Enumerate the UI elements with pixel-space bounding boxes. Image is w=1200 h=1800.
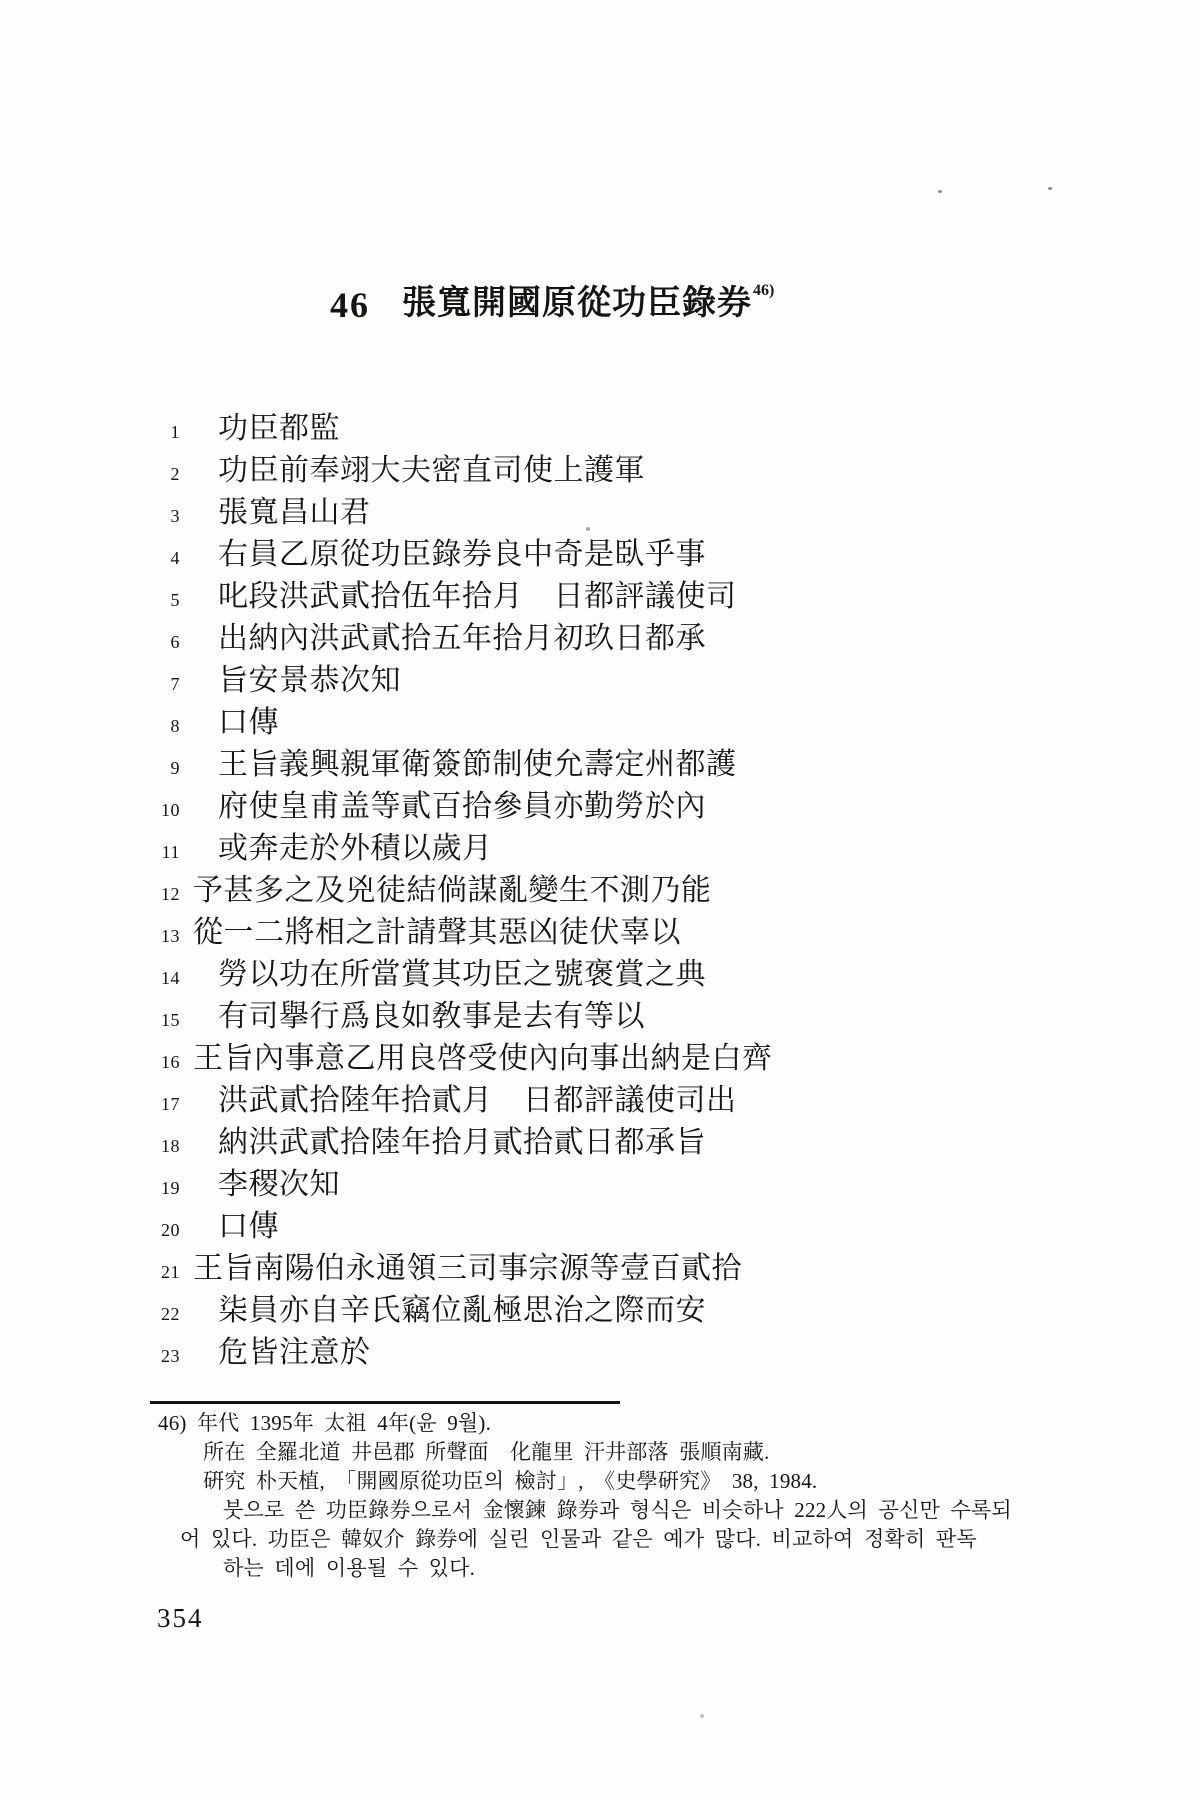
footnote-line: 하는 데에 이용될 수 있다. [150, 1554, 1090, 1583]
scan-speck [586, 527, 590, 531]
title-text: 張寬開國原從功臣錄券 [402, 285, 752, 322]
footnote-line: 어 있다. 功臣은 韓奴介 錄券에 실린 인물과 같은 예가 많다. 비교하여 … [150, 1525, 1090, 1554]
page-title: 46張寬開國原從功臣錄券46) [330, 287, 774, 323]
transcription-line: 22柒員亦自辛氏竊位亂極思治之際而安 [150, 1290, 1110, 1332]
line-number: 18 [150, 1136, 180, 1157]
transcription-line: 10府使皇甫盖等貳百拾參員亦勤勞於內 [150, 786, 1110, 828]
footnote-line: 붓으로 쓴 功臣錄券으로서 金懷鍊 錄券과 형식은 비슷하나 222人의 공신만… [150, 1496, 1090, 1525]
line-text: 從一二將相之計請聲其惡凶徒伏辜以 [193, 912, 681, 954]
transcription-line: 15有司擧行爲良如敎事是去有等以 [150, 996, 1110, 1038]
scan-speck [700, 1714, 704, 1718]
transcription-line: 18納洪武貳拾陸年拾月貳拾貳日都承旨 [150, 1122, 1110, 1164]
line-number: 1 [150, 422, 180, 443]
line-text: 柒員亦自辛氏竊位亂極思治之際而安 [218, 1290, 706, 1332]
entry-number: 46 [330, 287, 370, 323]
line-number: 6 [150, 632, 180, 653]
transcription-line: 17洪武貳拾陸年拾貳月 日都評議使司出 [150, 1080, 1110, 1122]
line-text: 或奔走於外積以歲月 [218, 828, 493, 870]
transcription-line: 5叱段洪武貳拾伍年拾月 日都評議使司 [150, 576, 1110, 618]
transcription-line: 7旨安景恭次知 [150, 660, 1110, 702]
transcription-lines: 1功臣都監2功臣前奉翊大夫密直司使上護軍3張寬昌山君4右員乙原從功臣錄券良中奇是… [150, 408, 1110, 1374]
line-text: 口傳 [218, 1206, 279, 1248]
transcription-line: 3張寬昌山君 [150, 492, 1110, 534]
line-number: 12 [150, 884, 180, 905]
transcription-line: 21王旨南陽伯永通領三司事宗源等壹百貳拾 [150, 1248, 1110, 1290]
transcription-line: 19李稷次知 [150, 1164, 1110, 1206]
transcription-line: 12予甚多之及兇徒結倘謀亂變生不測乃能 [150, 870, 1110, 912]
transcription-line: 11或奔走於外積以歲月 [150, 828, 1110, 870]
transcription-line: 2功臣前奉翊大夫密直司使上護軍 [150, 450, 1110, 492]
line-number: 7 [150, 674, 180, 695]
transcription-line: 1功臣都監 [150, 408, 1110, 450]
line-number: 15 [150, 1010, 180, 1031]
line-text: 右員乙原從功臣錄券良中奇是臥乎事 [218, 534, 706, 576]
line-text: 府使皇甫盖等貳百拾參員亦勤勞於內 [218, 786, 706, 828]
line-text: 予甚多之及兇徒結倘謀亂變生不測乃能 [193, 870, 712, 912]
line-text: 口傳 [218, 702, 279, 744]
footnote-line: 所在 全羅北道 井邑郡 所聲面 化龍里 汗井部落 張順南藏. [150, 1438, 1090, 1467]
line-text: 納洪武貳拾陸年拾月貳拾貳日都承旨 [218, 1122, 706, 1164]
transcription-line: 9王旨義興親軍衛簽節制使允壽定州都護 [150, 744, 1110, 786]
transcription-line: 6出納內洪武貳拾五年拾月初玖日都承 [150, 618, 1110, 660]
page-number: 354 [157, 1603, 204, 1634]
transcription-line: 4右員乙原從功臣錄券良中奇是臥乎事 [150, 534, 1110, 576]
transcription-line: 8口傳 [150, 702, 1110, 744]
line-text: 勞以功在所當賞其功臣之號褒賞之典 [218, 954, 706, 996]
footnote-divider [150, 1401, 620, 1404]
transcription-line: 14勞以功在所當賞其功臣之號褒賞之典 [150, 954, 1110, 996]
transcription-line: 16王旨內事意乙用良啓受使內向事出納是白齊 [150, 1038, 1110, 1080]
line-number: 17 [150, 1094, 180, 1115]
line-number: 14 [150, 968, 180, 989]
footnote-reference: 46) [753, 283, 774, 299]
line-text: 洪武貳拾陸年拾貳月 日都評議使司出 [218, 1080, 737, 1122]
transcription-line: 13從一二將相之計請聲其惡凶徒伏辜以 [150, 912, 1110, 954]
line-text: 張寬昌山君 [218, 492, 371, 534]
footnote-line: 46) 年代 1395年 太祖 4年(윤 9월). [150, 1409, 1090, 1438]
transcription-line: 20口傳 [150, 1206, 1110, 1248]
scan-speck [938, 190, 942, 193]
line-number: 4 [150, 548, 180, 569]
document-page: 46張寬開國原從功臣錄券46) 1功臣都監2功臣前奉翊大夫密直司使上護軍3張寬昌… [0, 0, 1200, 1800]
line-number: 20 [150, 1220, 180, 1241]
line-number: 9 [150, 758, 180, 779]
line-number: 21 [150, 1262, 180, 1283]
line-text: 有司擧行爲良如敎事是去有等以 [218, 996, 645, 1038]
line-number: 19 [150, 1178, 180, 1199]
line-text: 王旨義興親軍衛簽節制使允壽定州都護 [218, 744, 737, 786]
line-text: 危皆注意於 [218, 1332, 371, 1374]
line-text: 叱段洪武貳拾伍年拾月 日都評議使司 [218, 576, 737, 618]
footnote-block: 46) 年代 1395年 太祖 4年(윤 9월).所在 全羅北道 井邑郡 所聲面… [150, 1409, 1090, 1583]
line-number: 23 [150, 1346, 180, 1367]
line-number: 8 [150, 716, 180, 737]
line-text: 李稷次知 [218, 1164, 340, 1206]
line-text: 王旨內事意乙用良啓受使內向事出納是白齊 [193, 1038, 773, 1080]
transcription-line: 23危皆注意於 [150, 1332, 1110, 1374]
line-text: 出納內洪武貳拾五年拾月初玖日都承 [218, 618, 706, 660]
line-text: 功臣前奉翊大夫密直司使上護軍 [218, 450, 645, 492]
line-number: 13 [150, 926, 180, 947]
line-number: 2 [150, 464, 180, 485]
line-number: 16 [150, 1052, 180, 1073]
line-text: 旨安景恭次知 [218, 660, 401, 702]
scan-speck [1048, 187, 1052, 190]
line-number: 3 [150, 506, 180, 527]
line-number: 22 [150, 1304, 180, 1325]
line-text: 王旨南陽伯永通領三司事宗源等壹百貳拾 [193, 1248, 742, 1290]
line-text: 功臣都監 [218, 408, 340, 450]
footnote-line: 硏究 朴天植, 「開國原從功臣의 檢討」, 《史學硏究》 38, 1984. [150, 1467, 1090, 1496]
line-number: 11 [150, 842, 180, 863]
line-number: 10 [150, 800, 180, 821]
line-number: 5 [150, 590, 180, 611]
